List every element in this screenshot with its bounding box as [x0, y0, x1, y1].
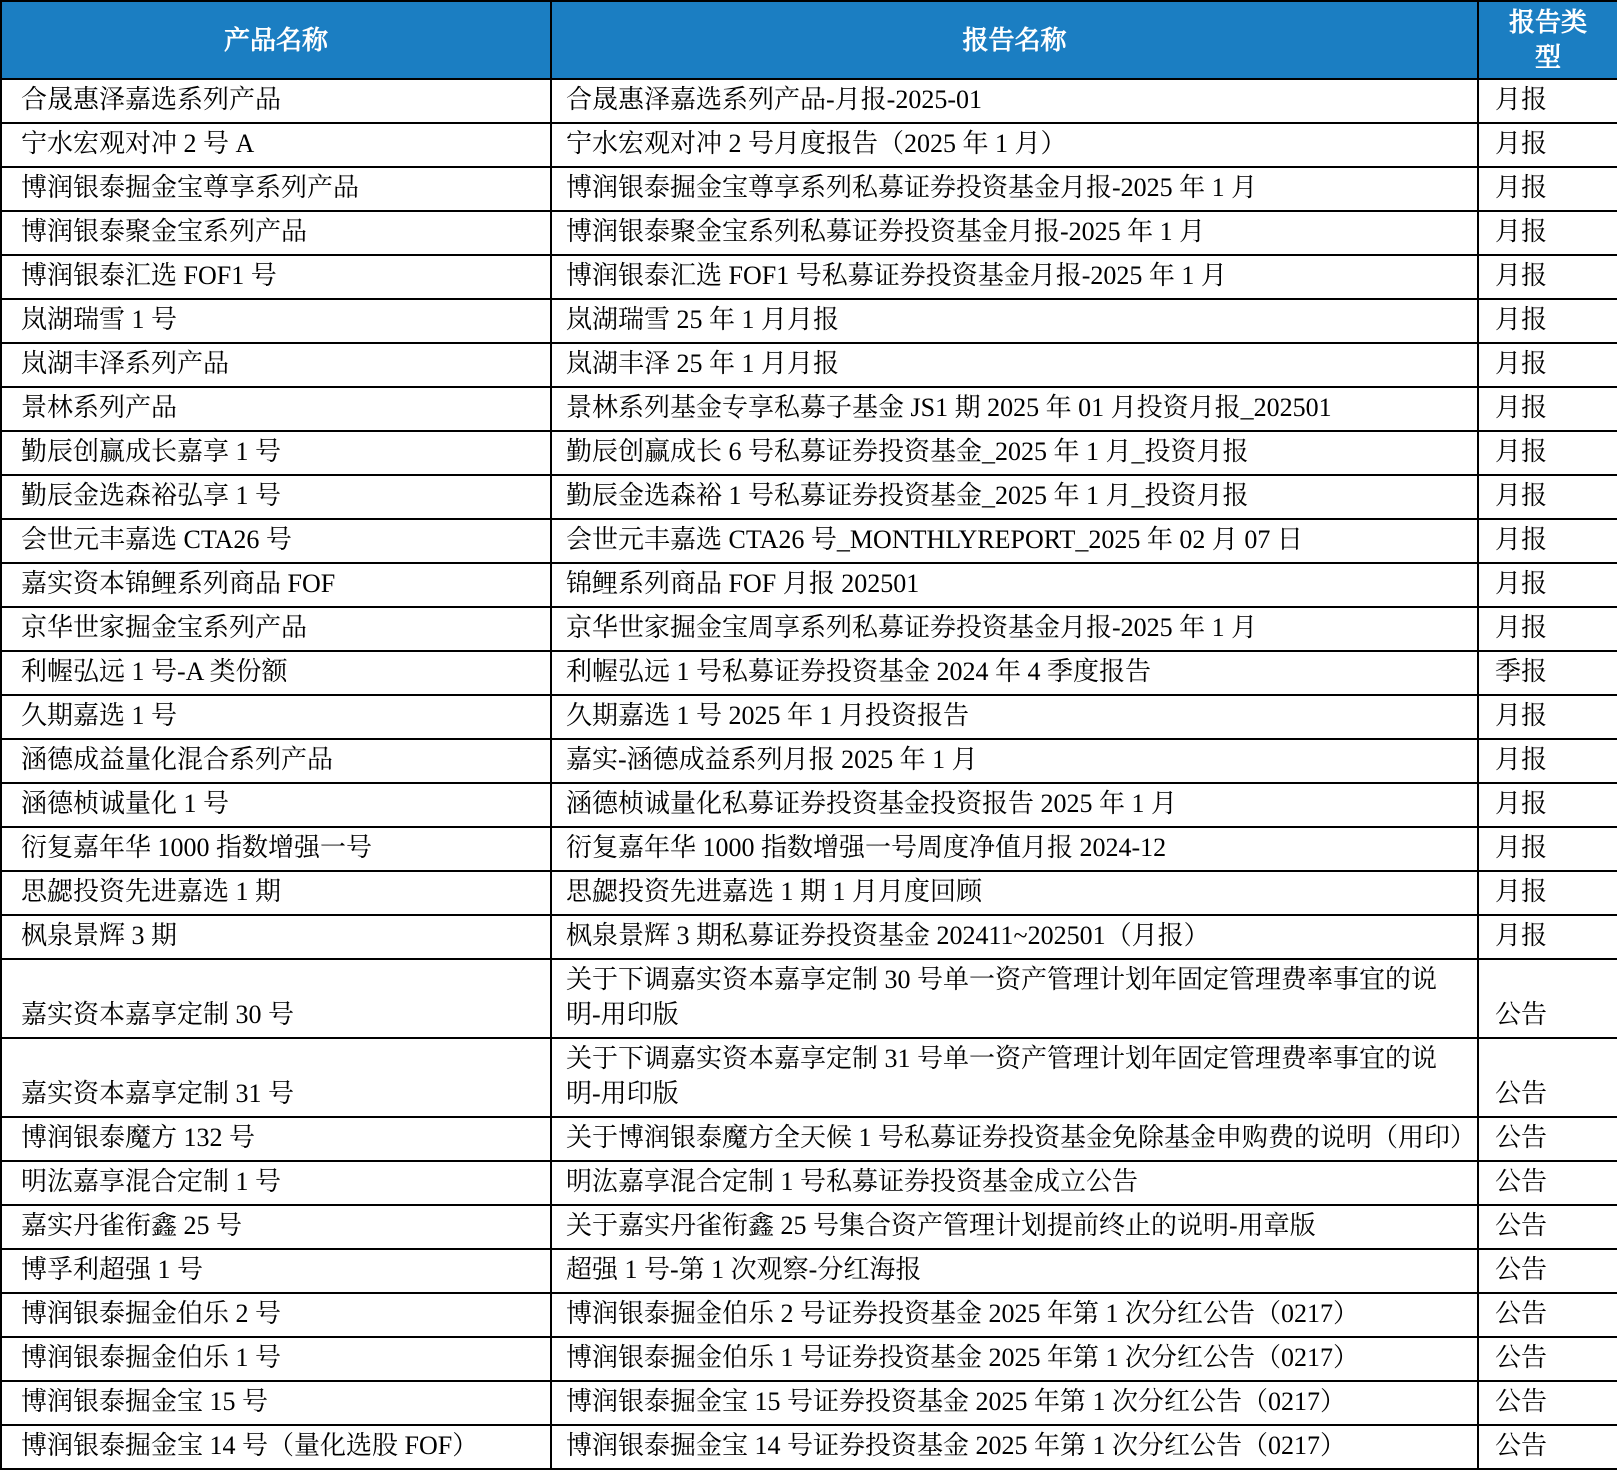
report-type-cell: 月报 — [1478, 563, 1617, 607]
product-name-cell: 涵德桢诚量化 1 号 — [1, 783, 551, 827]
report-type-cell: 公告 — [1478, 1249, 1617, 1293]
report-type-cell: 月报 — [1478, 387, 1617, 431]
product-name-cell: 枫泉景辉 3 期 — [1, 915, 551, 959]
report-name-cell: 岚湖瑞雪 25 年 1 月月报 — [551, 299, 1478, 343]
report-name-cell: 勤辰金选森裕 1 号私募证券投资基金_2025 年 1 月_投资月报 — [551, 475, 1478, 519]
product-name-cell: 利幄弘远 1 号-A 类份额 — [1, 651, 551, 695]
table-row: 会世元丰嘉选 CTA26 号会世元丰嘉选 CTA26 号_MONTHLYREPO… — [1, 519, 1617, 563]
product-name-cell: 久期嘉选 1 号 — [1, 695, 551, 739]
table-row: 涵德桢诚量化 1 号涵德桢诚量化私募证券投资基金投资报告 2025 年 1 月月… — [1, 783, 1617, 827]
product-name-cell: 嘉实资本嘉享定制 31 号 — [1, 1038, 551, 1117]
report-type-cell: 公告 — [1478, 959, 1617, 1038]
product-name-cell: 岚湖丰泽系列产品 — [1, 343, 551, 387]
product-name-cell: 博润银泰掘金伯乐 2 号 — [1, 1293, 551, 1337]
product-name-cell: 衍复嘉年华 1000 指数增强一号 — [1, 827, 551, 871]
table-row: 明汯嘉享混合定制 1 号明汯嘉享混合定制 1 号私募证券投资基金成立公告公告 — [1, 1161, 1617, 1205]
report-type-cell: 月报 — [1478, 167, 1617, 211]
report-name-cell: 关于博润银泰魔方全天候 1 号私募证券投资基金免除基金申购费的说明（用印） — [551, 1117, 1478, 1161]
column-header-product-name: 产品名称 — [1, 1, 551, 79]
product-name-cell: 思勰投资先进嘉选 1 期 — [1, 871, 551, 915]
report-name-cell: 涵德桢诚量化私募证券投资基金投资报告 2025 年 1 月 — [551, 783, 1478, 827]
report-type-cell: 月报 — [1478, 123, 1617, 167]
report-name-cell: 明汯嘉享混合定制 1 号私募证券投资基金成立公告 — [551, 1161, 1478, 1205]
report-type-cell: 月报 — [1478, 431, 1617, 475]
report-type-cell: 公告 — [1478, 1038, 1617, 1117]
product-name-cell: 合晟惠泽嘉选系列产品 — [1, 79, 551, 123]
table-row: 利幄弘远 1 号-A 类份额利幄弘远 1 号私募证券投资基金 2024 年 4 … — [1, 651, 1617, 695]
table-row: 博润银泰掘金宝尊享系列产品博润银泰掘金宝尊享系列私募证券投资基金月报-2025 … — [1, 167, 1617, 211]
table-row: 博润银泰掘金伯乐 1 号博润银泰掘金伯乐 1 号证券投资基金 2025 年第 1… — [1, 1337, 1617, 1381]
table-row: 勤辰金选森裕弘享 1 号勤辰金选森裕 1 号私募证券投资基金_2025 年 1 … — [1, 475, 1617, 519]
report-name-cell: 利幄弘远 1 号私募证券投资基金 2024 年 4 季度报告 — [551, 651, 1478, 695]
report-type-cell: 公告 — [1478, 1293, 1617, 1337]
product-name-cell: 涵德成益量化混合系列产品 — [1, 739, 551, 783]
product-name-cell: 嘉实资本嘉享定制 30 号 — [1, 959, 551, 1038]
report-name-cell: 思勰投资先进嘉选 1 期 1 月月度回顾 — [551, 871, 1478, 915]
report-name-cell: 岚湖丰泽 25 年 1 月月报 — [551, 343, 1478, 387]
table-row: 嘉实资本锦鲤系列商品 FOF锦鲤系列商品 FOF 月报 202501月报 — [1, 563, 1617, 607]
column-header-report-name: 报告名称 — [551, 1, 1478, 79]
report-name-cell: 衍复嘉年华 1000 指数增强一号周度净值月报 2024-12 — [551, 827, 1478, 871]
table-row: 博润银泰魔方 132 号关于博润银泰魔方全天候 1 号私募证券投资基金免除基金申… — [1, 1117, 1617, 1161]
report-type-cell: 公告 — [1478, 1337, 1617, 1381]
report-type-cell: 月报 — [1478, 915, 1617, 959]
report-name-cell: 勤辰创赢成长 6 号私募证券投资基金_2025 年 1 月_投资月报 — [551, 431, 1478, 475]
report-name-cell: 博润银泰掘金宝 15 号证券投资基金 2025 年第 1 次分红公告（0217） — [551, 1381, 1478, 1425]
product-name-cell: 博润银泰掘金宝 15 号 — [1, 1381, 551, 1425]
product-name-cell: 勤辰创赢成长嘉享 1 号 — [1, 431, 551, 475]
report-type-cell: 月报 — [1478, 871, 1617, 915]
table-row: 博润银泰掘金宝 14 号（量化选股 FOF）博润银泰掘金宝 14 号证券投资基金… — [1, 1425, 1617, 1469]
report-name-cell: 枫泉景辉 3 期私募证券投资基金 202411~202501（月报） — [551, 915, 1478, 959]
report-type-cell: 月报 — [1478, 211, 1617, 255]
report-name-cell: 博润银泰汇选 FOF1 号私募证券投资基金月报-2025 年 1 月 — [551, 255, 1478, 299]
report-type-cell: 月报 — [1478, 695, 1617, 739]
table-row: 嘉实丹雀衔鑫 25 号关于嘉实丹雀衔鑫 25 号集合资产管理计划提前终止的说明-… — [1, 1205, 1617, 1249]
table-body: 合晟惠泽嘉选系列产品合晟惠泽嘉选系列产品-月报-2025-01月报宁水宏观对冲 … — [1, 79, 1617, 1469]
table-row: 博孚利超强 1 号超强 1 号-第 1 次观察-分红海报公告 — [1, 1249, 1617, 1293]
report-name-cell: 博润银泰掘金伯乐 2 号证券投资基金 2025 年第 1 次分红公告（0217） — [551, 1293, 1478, 1337]
report-name-cell: 合晟惠泽嘉选系列产品-月报-2025-01 — [551, 79, 1478, 123]
product-name-cell: 景林系列产品 — [1, 387, 551, 431]
report-type-cell: 月报 — [1478, 519, 1617, 563]
report-type-cell: 月报 — [1478, 739, 1617, 783]
report-type-cell: 月报 — [1478, 475, 1617, 519]
report-name-cell: 久期嘉选 1 号 2025 年 1 月投资报告 — [551, 695, 1478, 739]
report-name-cell: 博润银泰掘金伯乐 1 号证券投资基金 2025 年第 1 次分红公告（0217） — [551, 1337, 1478, 1381]
product-name-cell: 博润银泰掘金宝尊享系列产品 — [1, 167, 551, 211]
report-table: 产品名称 报告名称 报告类型 合晟惠泽嘉选系列产品合晟惠泽嘉选系列产品-月报-2… — [0, 0, 1617, 1470]
report-name-cell: 博润银泰掘金宝尊享系列私募证券投资基金月报-2025 年 1 月 — [551, 167, 1478, 211]
table-row: 博润银泰掘金宝 15 号博润银泰掘金宝 15 号证券投资基金 2025 年第 1… — [1, 1381, 1617, 1425]
product-name-cell: 博孚利超强 1 号 — [1, 1249, 551, 1293]
product-name-cell: 博润银泰汇选 FOF1 号 — [1, 255, 551, 299]
report-name-cell: 关于下调嘉实资本嘉享定制 30 号单一资产管理计划年固定管理费率事宜的说明-用印… — [551, 959, 1478, 1038]
header-row: 产品名称 报告名称 报告类型 — [1, 1, 1617, 79]
table-row: 久期嘉选 1 号久期嘉选 1 号 2025 年 1 月投资报告月报 — [1, 695, 1617, 739]
table-row: 嘉实资本嘉享定制 30 号关于下调嘉实资本嘉享定制 30 号单一资产管理计划年固… — [1, 959, 1617, 1038]
table-row: 枫泉景辉 3 期枫泉景辉 3 期私募证券投资基金 202411~202501（月… — [1, 915, 1617, 959]
report-type-cell: 公告 — [1478, 1381, 1617, 1425]
table-row: 景林系列产品景林系列基金专享私募子基金 JS1 期 2025 年 01 月投资月… — [1, 387, 1617, 431]
table-row: 衍复嘉年华 1000 指数增强一号衍复嘉年华 1000 指数增强一号周度净值月报… — [1, 827, 1617, 871]
table-row: 博润银泰汇选 FOF1 号博润银泰汇选 FOF1 号私募证券投资基金月报-202… — [1, 255, 1617, 299]
table-row: 合晟惠泽嘉选系列产品合晟惠泽嘉选系列产品-月报-2025-01月报 — [1, 79, 1617, 123]
report-type-cell: 月报 — [1478, 827, 1617, 871]
report-name-cell: 会世元丰嘉选 CTA26 号_MONTHLYREPORT_2025 年 02 月… — [551, 519, 1478, 563]
product-name-cell: 博润银泰掘金宝 14 号（量化选股 FOF） — [1, 1425, 551, 1469]
product-name-cell: 会世元丰嘉选 CTA26 号 — [1, 519, 551, 563]
report-name-cell: 关于下调嘉实资本嘉享定制 31 号单一资产管理计划年固定管理费率事宜的说明-用印… — [551, 1038, 1478, 1117]
report-type-cell: 月报 — [1478, 607, 1617, 651]
report-name-cell: 博润银泰聚金宝系列私募证券投资基金月报-2025 年 1 月 — [551, 211, 1478, 255]
report-type-cell: 月报 — [1478, 299, 1617, 343]
product-name-cell: 宁水宏观对冲 2 号 A — [1, 123, 551, 167]
report-type-cell: 月报 — [1478, 255, 1617, 299]
product-name-cell: 博润银泰聚金宝系列产品 — [1, 211, 551, 255]
table-row: 涵德成益量化混合系列产品嘉实-涵德成益系列月报 2025 年 1 月月报 — [1, 739, 1617, 783]
report-type-cell: 公告 — [1478, 1425, 1617, 1469]
report-name-cell: 景林系列基金专享私募子基金 JS1 期 2025 年 01 月投资月报_2025… — [551, 387, 1478, 431]
report-name-cell: 超强 1 号-第 1 次观察-分红海报 — [551, 1249, 1478, 1293]
table-row: 嘉实资本嘉享定制 31 号关于下调嘉实资本嘉享定制 31 号单一资产管理计划年固… — [1, 1038, 1617, 1117]
report-type-cell: 公告 — [1478, 1117, 1617, 1161]
product-name-cell: 京华世家掘金宝系列产品 — [1, 607, 551, 651]
table-row: 京华世家掘金宝系列产品京华世家掘金宝周享系列私募证券投资基金月报-2025 年 … — [1, 607, 1617, 651]
column-header-report-type: 报告类型 — [1478, 1, 1617, 79]
report-name-cell: 锦鲤系列商品 FOF 月报 202501 — [551, 563, 1478, 607]
table-row: 思勰投资先进嘉选 1 期思勰投资先进嘉选 1 期 1 月月度回顾月报 — [1, 871, 1617, 915]
product-name-cell: 博润银泰掘金伯乐 1 号 — [1, 1337, 551, 1381]
product-name-cell: 岚湖瑞雪 1 号 — [1, 299, 551, 343]
report-name-cell: 宁水宏观对冲 2 号月度报告（2025 年 1 月） — [551, 123, 1478, 167]
report-type-cell: 月报 — [1478, 783, 1617, 827]
table-row: 岚湖丰泽系列产品岚湖丰泽 25 年 1 月月报月报 — [1, 343, 1617, 387]
report-type-cell: 公告 — [1478, 1205, 1617, 1249]
table-row: 宁水宏观对冲 2 号 A宁水宏观对冲 2 号月度报告（2025 年 1 月）月报 — [1, 123, 1617, 167]
table-row: 勤辰创赢成长嘉享 1 号勤辰创赢成长 6 号私募证券投资基金_2025 年 1 … — [1, 431, 1617, 475]
product-name-cell: 勤辰金选森裕弘享 1 号 — [1, 475, 551, 519]
report-name-cell: 关于嘉实丹雀衔鑫 25 号集合资产管理计划提前终止的说明-用章版 — [551, 1205, 1478, 1249]
report-type-cell: 月报 — [1478, 79, 1617, 123]
product-name-cell: 明汯嘉享混合定制 1 号 — [1, 1161, 551, 1205]
table-row: 岚湖瑞雪 1 号岚湖瑞雪 25 年 1 月月报月报 — [1, 299, 1617, 343]
report-name-cell: 博润银泰掘金宝 14 号证券投资基金 2025 年第 1 次分红公告（0217） — [551, 1425, 1478, 1469]
report-type-cell: 公告 — [1478, 1161, 1617, 1205]
report-name-cell: 京华世家掘金宝周享系列私募证券投资基金月报-2025 年 1 月 — [551, 607, 1478, 651]
report-type-cell: 季报 — [1478, 651, 1617, 695]
report-name-cell: 嘉实-涵德成益系列月报 2025 年 1 月 — [551, 739, 1478, 783]
product-name-cell: 博润银泰魔方 132 号 — [1, 1117, 551, 1161]
report-type-cell: 月报 — [1478, 343, 1617, 387]
table-row: 博润银泰聚金宝系列产品博润银泰聚金宝系列私募证券投资基金月报-2025 年 1 … — [1, 211, 1617, 255]
product-name-cell: 嘉实资本锦鲤系列商品 FOF — [1, 563, 551, 607]
product-name-cell: 嘉实丹雀衔鑫 25 号 — [1, 1205, 551, 1249]
table-row: 博润银泰掘金伯乐 2 号博润银泰掘金伯乐 2 号证券投资基金 2025 年第 1… — [1, 1293, 1617, 1337]
